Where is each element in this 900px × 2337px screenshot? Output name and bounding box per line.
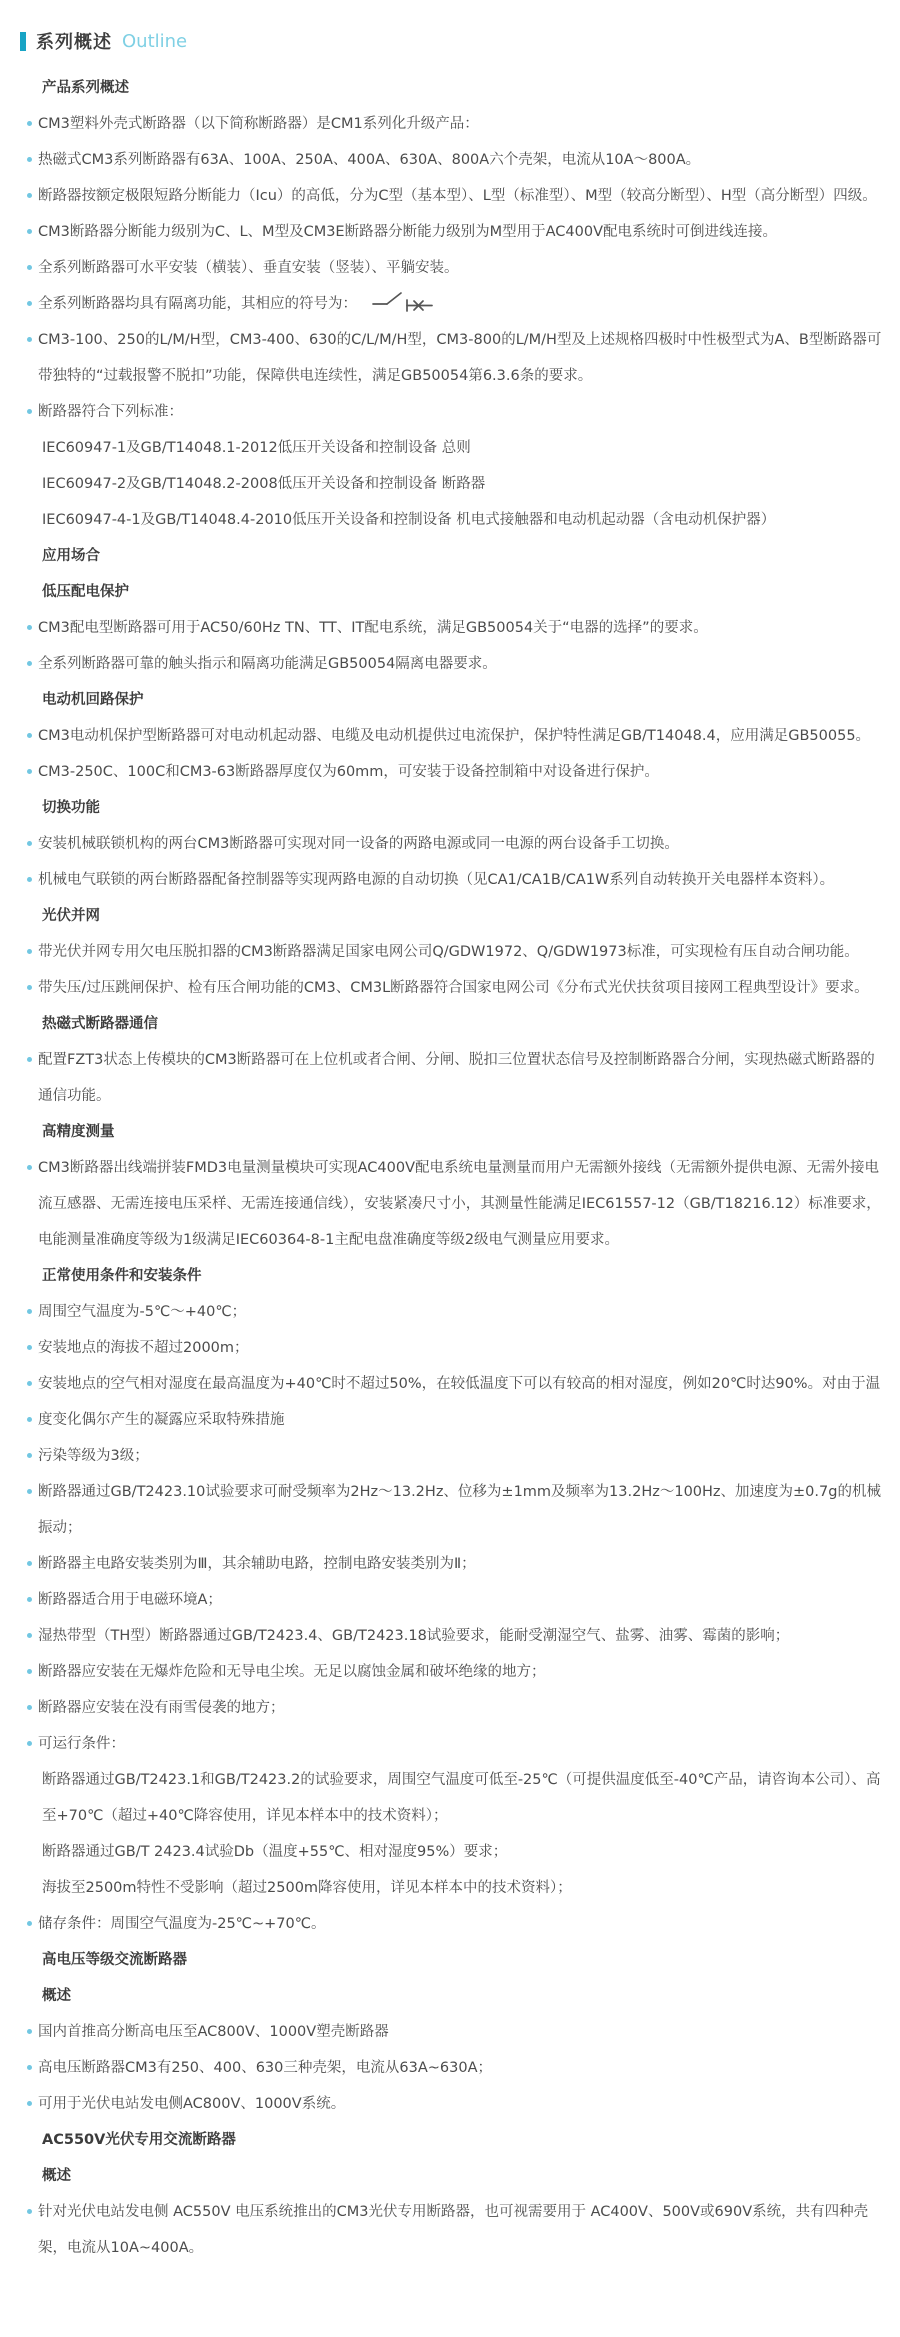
bullet-dot-icon xyxy=(27,877,32,882)
bullet-dot-icon xyxy=(27,1057,32,1062)
bullet-dot-icon xyxy=(27,625,32,630)
text-content: 高精度测量 xyxy=(42,1124,115,1140)
bullet-dot-icon xyxy=(27,1381,32,1386)
bullet-dot-icon xyxy=(27,2065,32,2070)
text-content: 配置FZT3状态上传模块的CM3断路器可在上位机或者合闸、分闸、脱扣三位置状态信… xyxy=(38,1052,875,1104)
bullet-item: CM3配电型断路器可用于AC50/60Hz TN、TT、IT配电系统，满足GB5… xyxy=(16,610,882,646)
section-heading: 概述 xyxy=(16,2158,882,2194)
section-heading: 产品系列概述 xyxy=(16,70,882,106)
bullet-item: CM3断路器出线端拼装FMD3电量测量模块可实现AC400V配电系统电量测量而用… xyxy=(16,1150,882,1258)
plain-line: IEC60947-2及GB/T14048.2-2008低压开关设备和控制设备 断… xyxy=(16,466,882,502)
bullet-dot-icon xyxy=(27,1417,32,1422)
text-content: 可用于光伏电站发电侧AC800V、1000V系统。 xyxy=(38,2096,345,2112)
text-content: 断路器应安装在无爆炸危险和无导电尘埃。无足以腐蚀金属和破坏绝缘的地方； xyxy=(38,1664,546,1680)
text-content: 低压配电保护 xyxy=(42,584,129,600)
page-title-zh: 系列概述 xyxy=(36,28,112,54)
bullet-dot-icon xyxy=(27,1453,32,1458)
bullet-dot-icon xyxy=(27,1741,32,1746)
bullet-item: 安装地点的海拔不超过2000m； xyxy=(16,1330,882,1366)
text-content: 高电压等级交流断路器 xyxy=(42,1952,187,1968)
text-content: 全系列断路器可水平安装（横装）、垂直安装（竖装）、平躺安装。 xyxy=(38,260,459,276)
page-title-en: Outline xyxy=(122,31,187,52)
text-content: AC550V光伏专用交流断路器 xyxy=(42,2132,236,2148)
section-heading: 光伏并网 xyxy=(16,898,882,934)
text-content: IEC60947-1及GB/T14048.1-2012低压开关设备和控制设备 总… xyxy=(42,440,471,456)
bullet-item: CM3断路器分断能力级别为C、L、M型及CM3E断路器分断能力级别为M型用于AC… xyxy=(16,214,882,250)
bullet-item: CM3-250C、100C和CM3-63断路器厚度仅为60mm，可安装于设备控制… xyxy=(16,754,882,790)
bullet-dot-icon xyxy=(27,157,32,162)
bullet-dot-icon xyxy=(27,1309,32,1314)
bullet-dot-icon xyxy=(27,1489,32,1494)
text-content: 安装地点的海拔不超过2000m； xyxy=(38,1340,249,1356)
section-heading: 正常使用条件和安装条件 xyxy=(16,1258,882,1294)
text-content: 污染等级为3级； xyxy=(38,1448,149,1464)
bullet-dot-icon xyxy=(27,1165,32,1170)
bullet-item: 带失压/过压跳闸保护、检有压合闸功能的CM3、CM3L断路器符合国家电网公司《分… xyxy=(16,970,882,1006)
text-content: 光伏并网 xyxy=(42,908,100,924)
plain-line: 海拔至2500m特性不受影响（超过2500m降容使用，详见本样本中的技术资料）； xyxy=(16,1870,882,1906)
bullet-dot-icon xyxy=(27,1561,32,1566)
bullet-item: 断路器通过GB/T2423.10试验要求可耐受频率为2Hz～13.2Hz、位移为… xyxy=(16,1474,882,1546)
text-content: 切换功能 xyxy=(42,800,100,816)
bullet-item: 全系列断路器可靠的触头指示和隔离功能满足GB50054隔离电器要求。 xyxy=(16,646,882,682)
bullet-item: 湿热带型（TH型）断路器通过GB/T2423.4、GB/T2423.18试验要求… xyxy=(16,1618,882,1654)
text-content: 全系列断路器可靠的触头指示和隔离功能满足GB50054隔离电器要求。 xyxy=(38,656,497,672)
text-content: 正常使用条件和安装条件 xyxy=(42,1268,202,1284)
bullet-dot-icon xyxy=(27,337,32,342)
section-heading: 高精度测量 xyxy=(16,1114,882,1150)
bullet-item: 可用于光伏电站发电侧AC800V、1000V系统。 xyxy=(16,2086,882,2122)
section-heading: 高电压等级交流断路器 xyxy=(16,1942,882,1978)
text-content: IEC60947-2及GB/T14048.2-2008低压开关设备和控制设备 断… xyxy=(42,476,485,492)
text-content: 度变化偶尔产生的凝露应采取特殊措施 xyxy=(38,1412,285,1428)
bullet-item: 断路器主电路安装类别为Ⅲ，其余辅助电路，控制电路安装类别为Ⅱ； xyxy=(16,1546,882,1582)
text-content: 断路器符合下列标准： xyxy=(38,404,183,420)
bullet-item: 度变化偶尔产生的凝露应采取特殊措施 xyxy=(16,1402,882,1438)
bullet-item: 断路器应安装在无爆炸危险和无导电尘埃。无足以腐蚀金属和破坏绝缘的地方； xyxy=(16,1654,882,1690)
section-heading: 概述 xyxy=(16,1978,882,2014)
bullet-dot-icon xyxy=(27,1633,32,1638)
text-content: 安装地点的空气相对湿度在最高温度为+40℃时不超过50%，在较低温度下可以有较高… xyxy=(38,1376,880,1392)
text-content: 断路器通过GB/T2423.10试验要求可耐受频率为2Hz～13.2Hz、位移为… xyxy=(38,1484,881,1536)
text-content: CM3配电型断路器可用于AC50/60Hz TN、TT、IT配电系统，满足GB5… xyxy=(38,620,708,636)
bullet-item: 周围空气温度为-5℃～+40℃； xyxy=(16,1294,882,1330)
text-content: CM3塑料外壳式断路器（以下简称断路器）是CM1系列化升级产品： xyxy=(38,116,479,132)
plain-line: 断路器通过GB/T 2423.4试验Db（温度+55℃、相对湿度95%）要求； xyxy=(16,1834,882,1870)
text-content: 应用场合 xyxy=(42,548,100,564)
text-content: 带失压/过压跳闸保护、检有压合闸功能的CM3、CM3L断路器符合国家电网公司《分… xyxy=(38,980,869,996)
bullet-item: CM3电动机保护型断路器可对电动机起动器、电缆及电动机提供过电流保护，保护特性满… xyxy=(16,718,882,754)
isolation-symbol-icon xyxy=(370,289,436,313)
bullet-item: 带光伏并网专用欠电压脱扣器的CM3断路器满足国家电网公司Q/GDW1972、Q/… xyxy=(16,934,882,970)
section-heading: 电动机回路保护 xyxy=(16,682,882,718)
bullet-item: 机械电气联锁的两台断路器配备控制器等实现两路电源的自动切换（见CA1/CA1B/… xyxy=(16,862,882,898)
bullet-dot-icon xyxy=(27,1345,32,1350)
catalog-page: 系列概述 Outline 产品系列概述CM3塑料外壳式断路器（以下简称断路器）是… xyxy=(0,0,900,2296)
text-content: 可运行条件： xyxy=(38,1736,125,1752)
bullet-item: 储存条件：周围空气温度为-25℃~+70℃。 xyxy=(16,1906,882,1942)
bullet-dot-icon xyxy=(27,985,32,990)
bullet-item: CM3塑料外壳式断路器（以下简称断路器）是CM1系列化升级产品： xyxy=(16,106,882,142)
bullet-item: 安装地点的空气相对湿度在最高温度为+40℃时不超过50%，在较低温度下可以有较高… xyxy=(16,1366,882,1402)
text-content: CM3-250C、100C和CM3-63断路器厚度仅为60mm，可安装于设备控制… xyxy=(38,764,659,780)
bullet-dot-icon xyxy=(27,2029,32,2034)
bullet-dot-icon xyxy=(27,2101,32,2106)
bullet-item: 配置FZT3状态上传模块的CM3断路器可在上位机或者合闸、分闸、脱扣三位置状态信… xyxy=(16,1042,882,1114)
text-content: 机械电气联锁的两台断路器配备控制器等实现两路电源的自动切换（见CA1/CA1B/… xyxy=(38,872,834,888)
section-heading: 应用场合 xyxy=(16,538,882,574)
section-heading: 低压配电保护 xyxy=(16,574,882,610)
text-content: 断路器通过GB/T2423.1和GB/T2423.2的试验要求，周围空气温度可低… xyxy=(42,1772,881,1824)
bullet-dot-icon xyxy=(27,229,32,234)
text-content: 带光伏并网专用欠电压脱扣器的CM3断路器满足国家电网公司Q/GDW1972、Q/… xyxy=(38,944,859,960)
bullet-dot-icon xyxy=(27,733,32,738)
text-content: CM3-100、250的L/M/H型，CM3-400、630的C/L/M/H型，… xyxy=(38,332,881,384)
text-content: 国内首推高分断高电压至AC800V、1000V塑壳断路器 xyxy=(38,2024,389,2040)
bullet-item: 断路器适合用于电磁环境A； xyxy=(16,1582,882,1618)
bullet-item: CM3-100、250的L/M/H型，CM3-400、630的C/L/M/H型，… xyxy=(16,322,882,394)
text-content: 储存条件：周围空气温度为-25℃~+70℃。 xyxy=(38,1916,326,1932)
text-content: 断路器按额定极限短路分断能力（Icu）的高低，分为C型（基本型）、L型（标准型）… xyxy=(38,188,877,204)
text-content: 海拔至2500m特性不受影响（超过2500m降容使用，详见本样本中的技术资料）； xyxy=(42,1880,572,1896)
plain-line: IEC60947-4-1及GB/T14048.4-2010低压开关设备和控制设备… xyxy=(16,502,882,538)
text-content: 热磁式CM3系列断路器有63A、100A、250A、400A、630A、800A… xyxy=(38,152,700,168)
bullet-item: 断路器符合下列标准： xyxy=(16,394,882,430)
bullet-dot-icon xyxy=(27,409,32,414)
plain-line: IEC60947-1及GB/T14048.1-2012低压开关设备和控制设备 总… xyxy=(16,430,882,466)
text-content: 安装机械联锁机构的两台CM3断路器可实现对同一设备的两路电源或同一电源的两台设备… xyxy=(38,836,679,852)
bullet-dot-icon xyxy=(27,1597,32,1602)
text-content: 产品系列概述 xyxy=(42,80,129,96)
text-content: CM3断路器分断能力级别为C、L、M型及CM3E断路器分断能力级别为M型用于AC… xyxy=(38,224,777,240)
plain-line: 断路器通过GB/T2423.1和GB/T2423.2的试验要求，周围空气温度可低… xyxy=(16,1762,882,1834)
bullet-dot-icon xyxy=(27,265,32,270)
bullet-item: 热磁式CM3系列断路器有63A、100A、250A、400A、630A、800A… xyxy=(16,142,882,178)
bullet-dot-icon xyxy=(27,1921,32,1926)
bullet-dot-icon xyxy=(27,301,32,306)
bullet-item: 安装机械联锁机构的两台CM3断路器可实现对同一设备的两路电源或同一电源的两台设备… xyxy=(16,826,882,862)
text-content: 断路器通过GB/T 2423.4试验Db（温度+55℃、相对湿度95%）要求； xyxy=(42,1844,507,1860)
bullet-item: 针对光伏电站发电侧 AC550V 电压系统推出的CM3光伏专用断路器，也可视需要… xyxy=(16,2194,882,2266)
text-content: 热磁式断路器通信 xyxy=(42,1016,158,1032)
bullet-item: 断路器按额定极限短路分断能力（Icu）的高低，分为C型（基本型）、L型（标准型）… xyxy=(16,178,882,214)
bullet-dot-icon xyxy=(27,1669,32,1674)
bullet-dot-icon xyxy=(27,769,32,774)
title-accent-bar xyxy=(20,32,26,51)
bullet-item: 国内首推高分断高电压至AC800V、1000V塑壳断路器 xyxy=(16,2014,882,2050)
bullet-item: 断路器应安装在没有雨雪侵袭的地方； xyxy=(16,1690,882,1726)
text-content: 湿热带型（TH型）断路器通过GB/T2423.4、GB/T2423.18试验要求… xyxy=(38,1628,789,1644)
text-content: 概述 xyxy=(42,1988,71,2004)
text-content: 概述 xyxy=(42,2168,71,2184)
content-list: 产品系列概述CM3塑料外壳式断路器（以下简称断路器）是CM1系列化升级产品：热磁… xyxy=(16,70,882,2266)
bullet-item: 污染等级为3级； xyxy=(16,1438,882,1474)
bullet-dot-icon xyxy=(27,2209,32,2214)
bullet-dot-icon xyxy=(27,949,32,954)
text-content: 断路器主电路安装类别为Ⅲ，其余辅助电路，控制电路安装类别为Ⅱ； xyxy=(38,1556,476,1572)
section-heading: 热磁式断路器通信 xyxy=(16,1006,882,1042)
text-content: 全系列断路器均具有隔离功能，其相应的符号为： xyxy=(38,296,357,312)
text-content: CM3断路器出线端拼装FMD3电量测量模块可实现AC400V配电系统电量测量而用… xyxy=(38,1160,881,1248)
text-content: 针对光伏电站发电侧 AC550V 电压系统推出的CM3光伏专用断路器，也可视需要… xyxy=(38,2204,868,2256)
section-heading: 切换功能 xyxy=(16,790,882,826)
bullet-dot-icon xyxy=(27,1705,32,1710)
bullet-item: 高电压断路器CM3有250、400、630三种壳架，电流从63A~630A； xyxy=(16,2050,882,2086)
section-heading: AC550V光伏专用交流断路器 xyxy=(16,2122,882,2158)
bullet-item: 全系列断路器可水平安装（横装）、垂直安装（竖装）、平躺安装。 xyxy=(16,250,882,286)
bullet-dot-icon xyxy=(27,841,32,846)
text-content: 断路器适合用于电磁环境A； xyxy=(38,1592,222,1608)
text-content: 高电压断路器CM3有250、400、630三种壳架，电流从63A~630A； xyxy=(38,2060,492,2076)
bullet-item: 可运行条件： xyxy=(16,1726,882,1762)
bullet-dot-icon xyxy=(27,661,32,666)
text-content: 电动机回路保护 xyxy=(42,692,144,708)
text-content: 周围空气温度为-5℃～+40℃； xyxy=(38,1304,246,1320)
page-title: 系列概述 Outline xyxy=(20,28,882,54)
bullet-dot-icon xyxy=(27,121,32,126)
bullet-item: 全系列断路器均具有隔离功能，其相应的符号为： xyxy=(16,286,882,322)
text-content: IEC60947-4-1及GB/T14048.4-2010低压开关设备和控制设备… xyxy=(42,512,775,528)
text-content: 断路器应安装在没有雨雪侵袭的地方； xyxy=(38,1700,285,1716)
text-content: CM3电动机保护型断路器可对电动机起动器、电缆及电动机提供过电流保护，保护特性满… xyxy=(38,728,870,744)
bullet-dot-icon xyxy=(27,193,32,198)
